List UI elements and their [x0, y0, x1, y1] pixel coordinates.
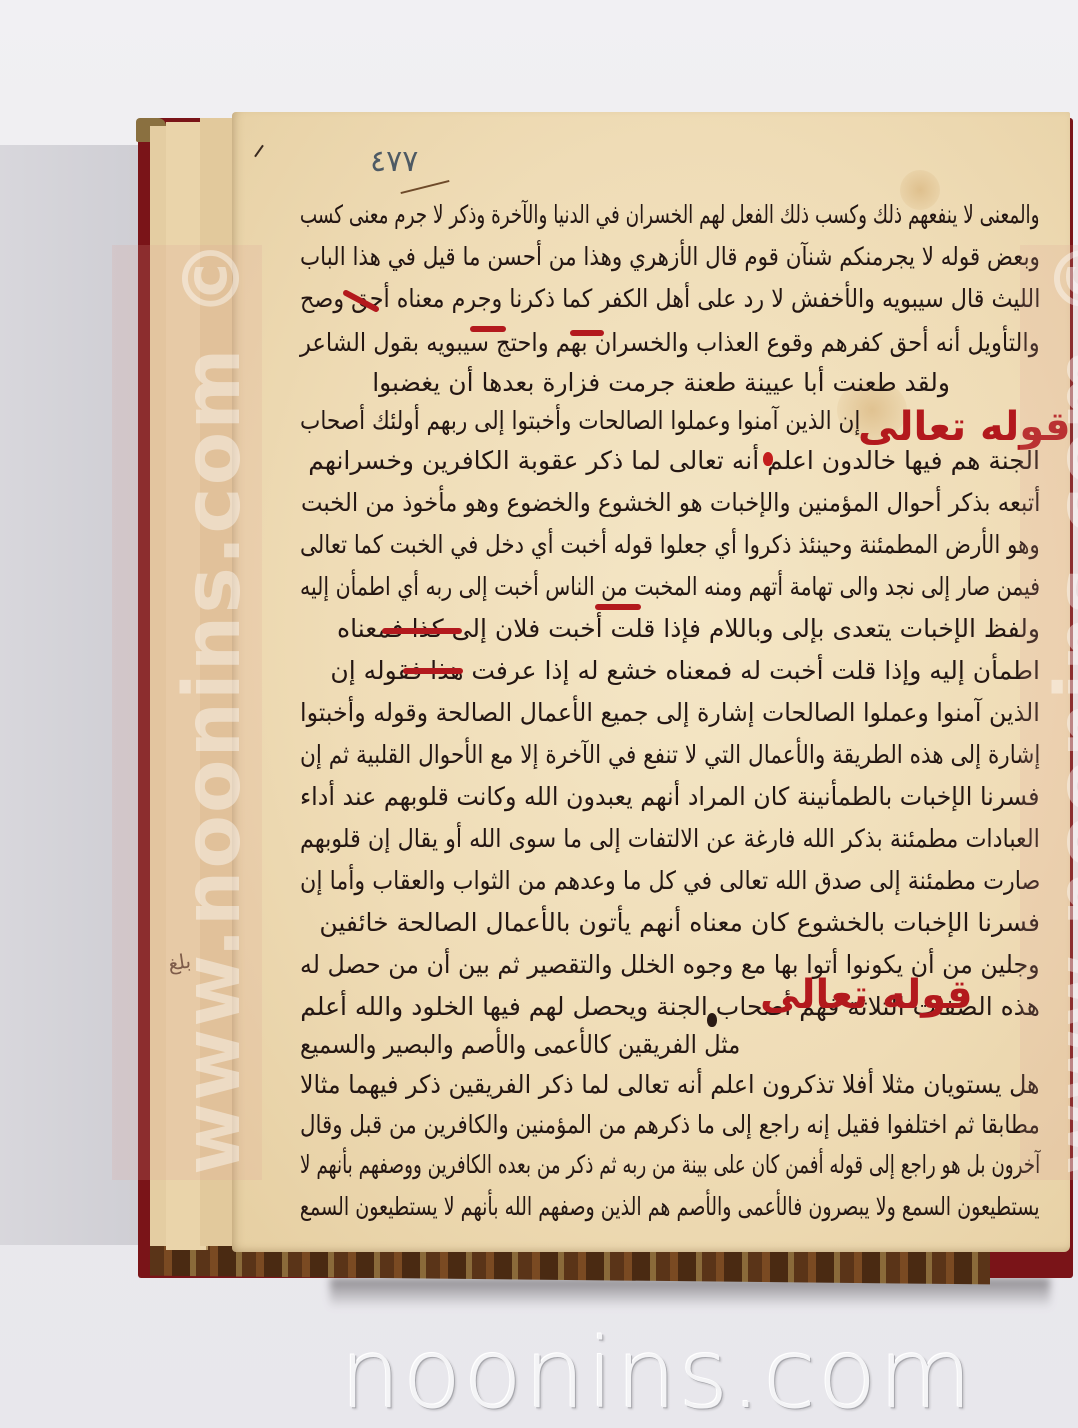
text-line: الجنة هم فيها خالدون اعلم أنه تعالى لما …: [308, 446, 1040, 476]
watermark-bottom: noonins.com: [340, 1318, 960, 1428]
text-line: مثل الفريقين كالأعمى والأصم والبصير والس…: [300, 1030, 740, 1060]
text-line: وبعض قوله لا يجرمنكم شنآن قوم قال الأزهر…: [300, 242, 1040, 272]
watermark-vertical: www.noonins.com ©: [168, 237, 258, 1175]
text-line: إن الذين آمنوا وعملوا الصالحات وأخبتوا إ…: [300, 406, 860, 436]
text-line: مطابقا ثم اختلفوا فقيل إنه راجع إلى ما ذ…: [300, 1110, 1040, 1140]
text-line: يستطيعون السمع ولا يبصرون فالأعمى والأصم…: [300, 1192, 1040, 1222]
verse-marker-icon: [707, 1013, 717, 1027]
verse-marker-icon: [763, 452, 773, 466]
text-line: الذين آمنوا وعملوا الصالحات إشارة إلى جم…: [300, 698, 1040, 728]
text-line: هل يستويان مثلا أفلا تذكرون اعلم أنه تعا…: [300, 1070, 1040, 1100]
text-line: آخرون بل هو راجع إلى قوله أفمن كان على ب…: [300, 1150, 1040, 1180]
text-line: صارت مطمئنة إلى صدق الله تعالى في كل ما …: [300, 866, 1040, 896]
rubric-stroke: [470, 326, 506, 332]
rubric-stroke: [403, 668, 463, 674]
text-line: العبادات مطمئنة بذكر الله فارغة عن الالت…: [300, 824, 1040, 854]
text-line: ولقد طعنت أبا عيينة طعنة جرمت فزارة بعده…: [372, 368, 950, 398]
text-line: والمعنى لا ينفعهم ذلك وكسب ذلك الفعل لهم…: [300, 200, 1040, 230]
rubric-stroke: [595, 604, 641, 610]
text-line: الليث قال سيبويه والأخفش لا رد على أهل ا…: [300, 284, 1040, 314]
watermark-vertical: www.noonins.com ©: [1040, 237, 1078, 1175]
rubric-heading: قوله تعالى: [760, 972, 973, 1018]
text-line: فسرنا الإخبات بالخشوع كان معناه أنهم يأت…: [319, 908, 1040, 938]
page-number: ٤٧٧: [370, 144, 418, 179]
rubric-stroke: [570, 330, 604, 336]
text-line: والتأويل أنه أحق كفرهم وقوع العذاب والخس…: [300, 328, 1040, 358]
text-line: وهو الأرض المطمئنة وحينئذ ذكروا أي جعلوا…: [300, 530, 1040, 560]
text-line: فيمن صار إلى نجد والى تهامة أتهم ومنه ال…: [300, 572, 1040, 602]
rubric-stroke: [382, 628, 462, 634]
text-line: أتبعه بذكر أحوال المؤمنين والإخبات هو ال…: [300, 488, 1040, 518]
text-line: إشارة إلى هذه الطريقة والأعمال التي لا ت…: [300, 740, 1040, 770]
text-line: فسرنا الإخبات بالطمأنينة كان المراد أنهم…: [300, 782, 1040, 812]
